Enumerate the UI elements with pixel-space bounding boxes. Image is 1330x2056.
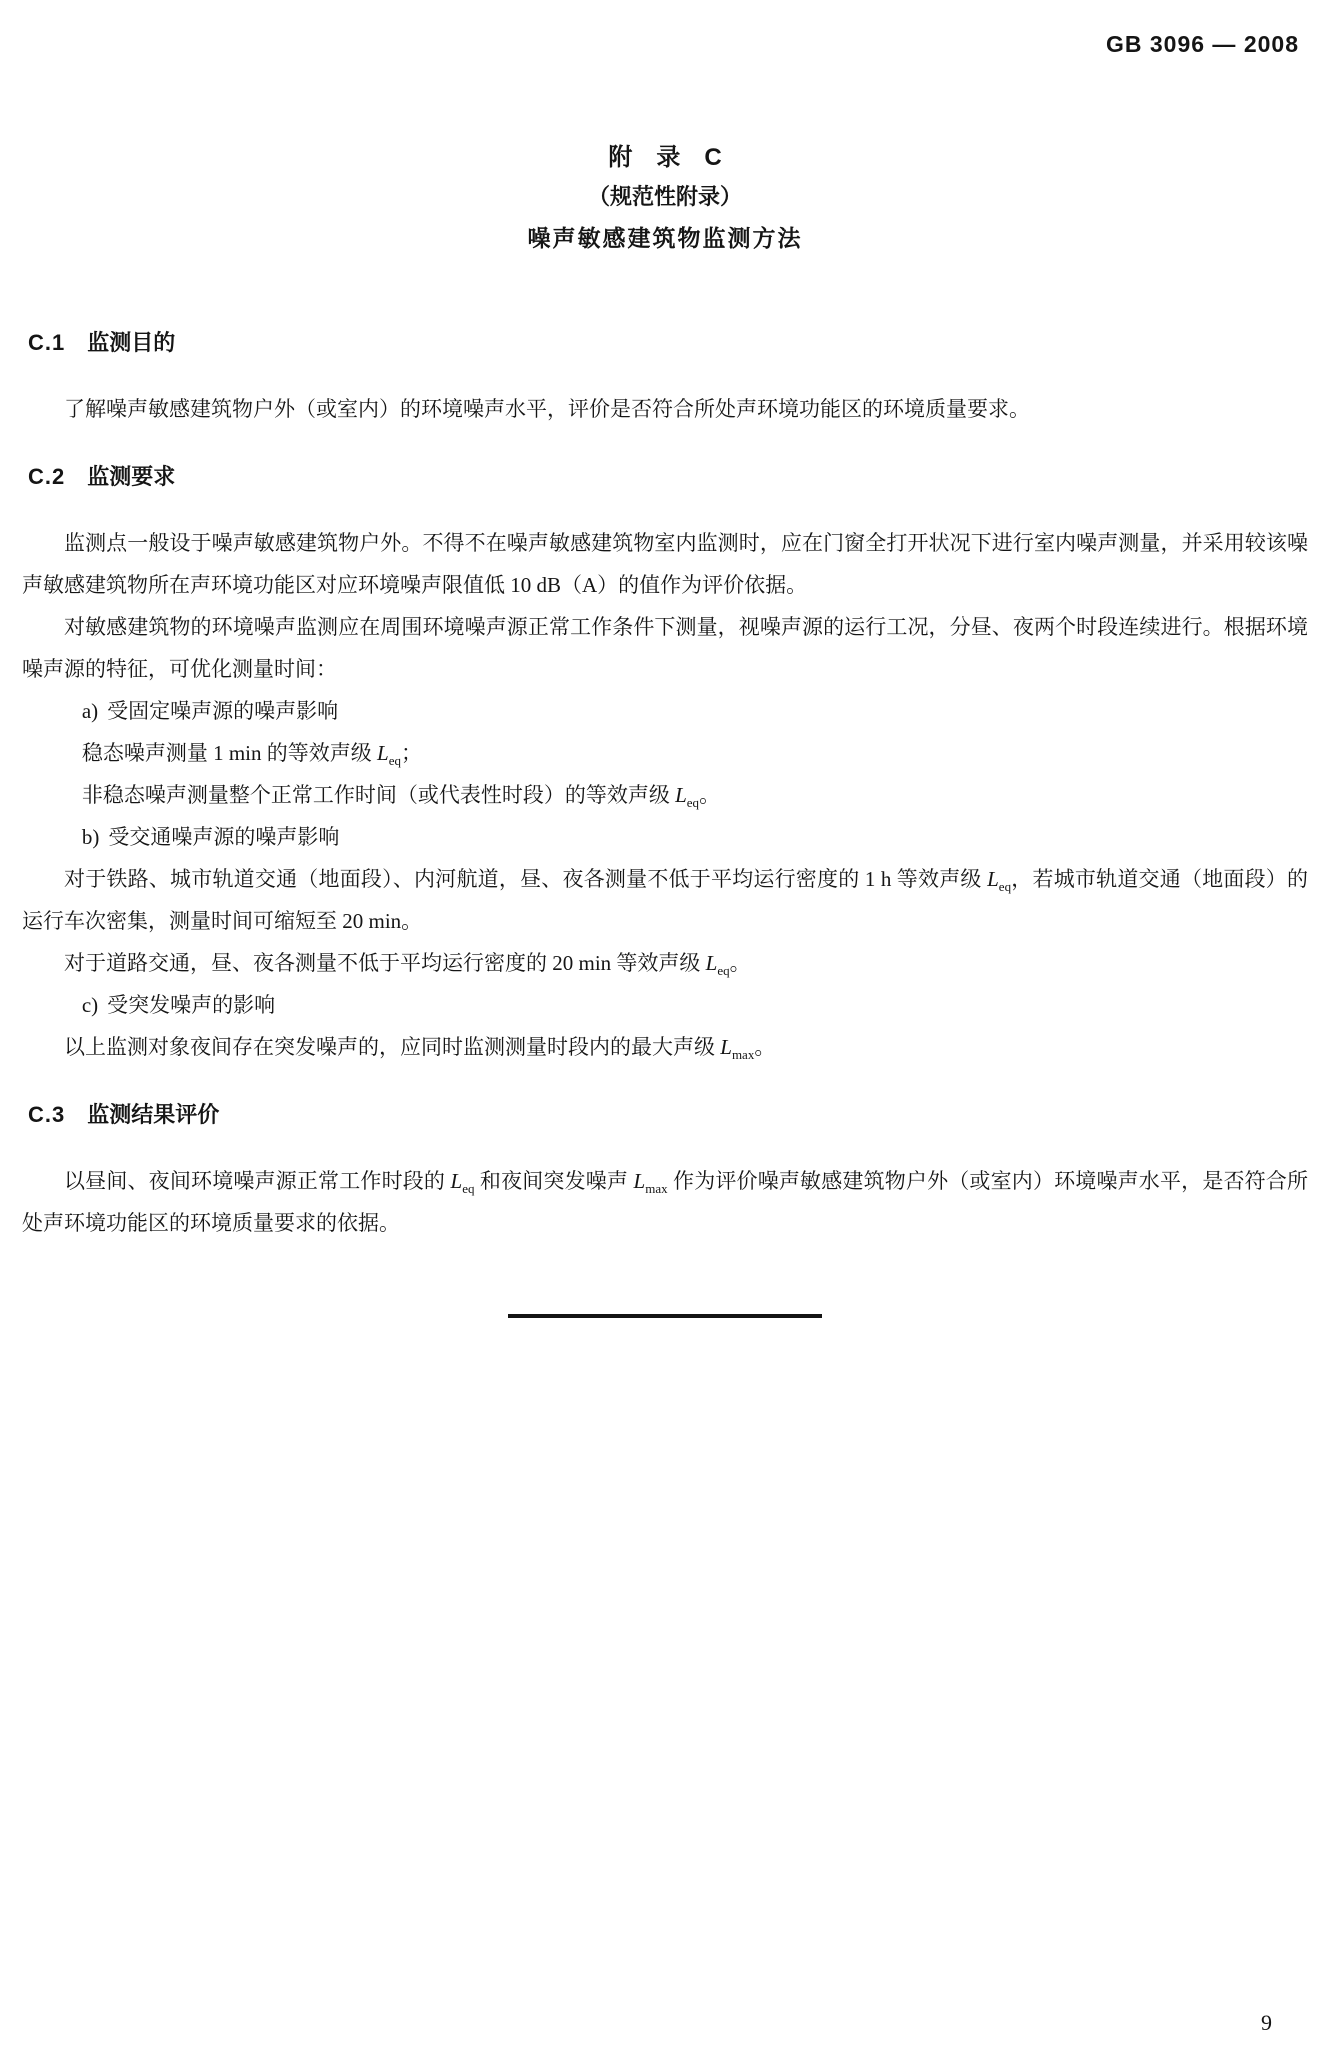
section-number: C.2 bbox=[28, 464, 65, 489]
list-marker: b) bbox=[82, 825, 100, 849]
page-number: 9 bbox=[1261, 2010, 1272, 2036]
section-heading: C.3监测结果评价 bbox=[28, 1100, 1308, 1130]
list-subline: 稳态噪声测量 1 min 的等效声级 Leq； bbox=[22, 732, 1308, 774]
section-heading: C.2监测要求 bbox=[28, 462, 1308, 492]
section-title: 监测要求 bbox=[87, 464, 175, 489]
section-title: 监测结果评价 bbox=[87, 1102, 219, 1127]
paragraph: 监测点一般设于噪声敏感建筑物户外。不得不在噪声敏感建筑物室内监测时，应在门窗全打… bbox=[22, 522, 1308, 606]
appendix-type-label: （规范性附录） bbox=[0, 184, 1330, 210]
section-number: C.1 bbox=[28, 330, 65, 355]
paragraph: 了解噪声敏感建筑物户外（或室内）的环境噪声水平，评价是否符合所处声环境功能区的环… bbox=[22, 388, 1308, 430]
section-number: C.3 bbox=[28, 1102, 65, 1127]
appendix-title: 附 录 C bbox=[0, 143, 1330, 172]
appendix-subject-title: 噪声敏感建筑物监测方法 bbox=[0, 224, 1330, 252]
section-title: 监测目的 bbox=[87, 330, 175, 355]
section-heading: C.1监测目的 bbox=[28, 328, 1308, 358]
list-marker: c) bbox=[82, 993, 98, 1017]
list-marker: a) bbox=[82, 699, 98, 723]
sections: C.1监测目的了解噪声敏感建筑物户外（或室内）的环境噪声水平，评价是否符合所处声… bbox=[0, 328, 1330, 1244]
end-divider bbox=[508, 1314, 822, 1318]
document-page: GB 3096 — 2008 附 录 C （规范性附录） 噪声敏感建筑物监测方法… bbox=[0, 0, 1330, 2056]
list-item: b)受交通噪声源的噪声影响 bbox=[22, 816, 1308, 858]
list-item: a)受固定噪声源的噪声影响 bbox=[22, 690, 1308, 732]
appendix-title-block: 附 录 C （规范性附录） 噪声敏感建筑物监测方法 bbox=[0, 143, 1330, 252]
paragraph: 对敏感建筑物的环境噪声监测应在周围环境噪声源正常工作条件下测量，视噪声源的运行工… bbox=[22, 606, 1308, 690]
paragraph: 以上监测对象夜间存在突发噪声的，应同时监测测量时段内的最大声级 Lmax。 bbox=[22, 1026, 1308, 1068]
list-item: c)受突发噪声的影响 bbox=[22, 984, 1308, 1026]
paragraph: 对于道路交通，昼、夜各测量不低于平均运行密度的 20 min 等效声级 Leq。 bbox=[22, 942, 1308, 984]
list-subline: 非稳态噪声测量整个正常工作时间（或代表性时段）的等效声级 Leq。 bbox=[22, 774, 1308, 816]
paragraph: 以昼间、夜间环境噪声源正常工作时段的 Leq 和夜间突发噪声 Lmax 作为评价… bbox=[22, 1160, 1308, 1244]
standard-number-header: GB 3096 — 2008 bbox=[0, 0, 1330, 58]
paragraph: 对于铁路、城市轨道交通（地面段）、内河航道，昼、夜各测量不低于平均运行密度的 1… bbox=[22, 858, 1308, 942]
